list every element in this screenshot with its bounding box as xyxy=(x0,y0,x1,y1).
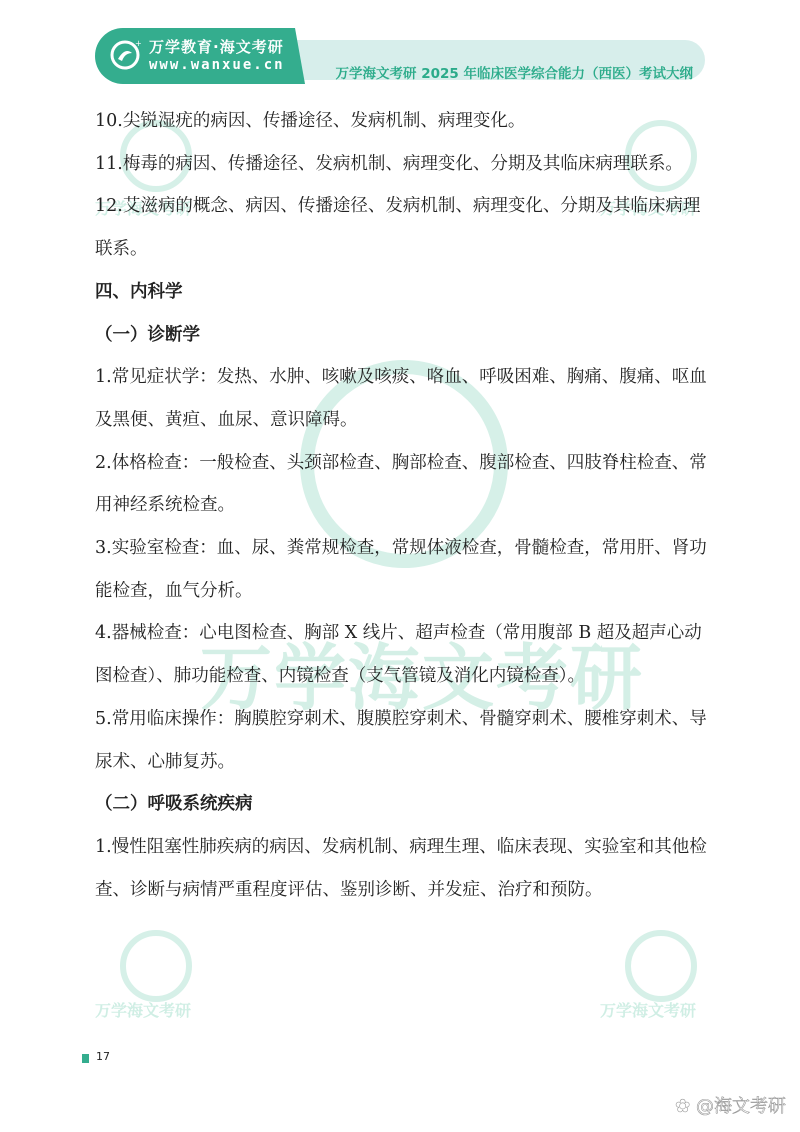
source-watermark-tag: ✿ @海文考研 xyxy=(675,1092,786,1118)
document-title: 万学海文考研 2025 年临床医学综合能力（西医）考试大纲 xyxy=(336,52,693,92)
item-2: 2.体格检查：一般检查、头颈部检查、胸部检查、腹部检查、四肢脊柱检查、常用神经系… xyxy=(95,442,710,527)
item-3: 3.实验室检查：血、尿、粪常规检查，常规体液检查，骨髓检查，常用肝、肾功能检查，… xyxy=(95,527,710,612)
paw-icon: ✿ xyxy=(675,1096,690,1117)
subsection-heading: （二）呼吸系统疾病 xyxy=(95,783,710,826)
document-body: 10.尖锐湿疣的病因、传播途径、发病机制、病理变化。 11.梅毒的病因、传播途径… xyxy=(95,100,710,911)
item-5: 5.常用临床操作：胸膜腔穿刺术、腹膜腔穿刺术、骨髓穿刺术、腰椎穿刺术、导尿术、心… xyxy=(95,698,710,783)
page-number-marker xyxy=(82,1054,89,1063)
subsection-heading: （一）诊断学 xyxy=(95,314,710,357)
brand-url: www.wanxue.cn xyxy=(149,57,285,73)
svg-text:+: + xyxy=(135,39,141,48)
item-1: 1.慢性阻塞性肺疾病的病因、发病机制、病理生理、临床表现、实验室和其他检查、诊断… xyxy=(95,826,710,911)
brand-logo-block: + 万学教育·海文考研 www.wanxue.cn xyxy=(95,28,305,84)
brand-name: 万学教育·海文考研 xyxy=(149,36,284,57)
watermark-text: 万学海文考研 xyxy=(600,998,696,1021)
source-tag-text: @海文考研 xyxy=(696,1096,786,1117)
watermark-logo-circle xyxy=(625,930,697,1002)
watermark-text: 万学海文考研 xyxy=(95,998,191,1021)
item-12: 12.艾滋病的概念、病因、传播途径、发病机制、病理变化、分期及其临床病理联系。 xyxy=(95,185,710,270)
page-number: 17 xyxy=(96,1050,110,1063)
item-11: 11.梅毒的病因、传播途径、发病机制、病理变化、分期及其临床病理联系。 xyxy=(95,143,710,186)
item-10: 10.尖锐湿疣的病因、传播途径、发病机制、病理变化。 xyxy=(95,100,710,143)
section-heading: 四、内科学 xyxy=(95,271,710,314)
brand-logo-icon: + xyxy=(109,39,141,71)
item-1: 1.常见症状学：发热、水肿、咳嗽及咳痰、咯血、呼吸困难、胸痛、腹痛、呕血及黑便、… xyxy=(95,356,710,441)
header-band: 万学海文考研 2025 年临床医学综合能力（西医）考试大纲 xyxy=(235,40,705,80)
page-header: 万学海文考研 2025 年临床医学综合能力（西医）考试大纲 + 万学教育·海文考… xyxy=(95,28,705,84)
watermark-logo-circle xyxy=(120,930,192,1002)
item-4: 4.器械检查：心电图检查、胸部 X 线片、超声检查（常用腹部 B 超及超声心动图… xyxy=(95,612,710,697)
